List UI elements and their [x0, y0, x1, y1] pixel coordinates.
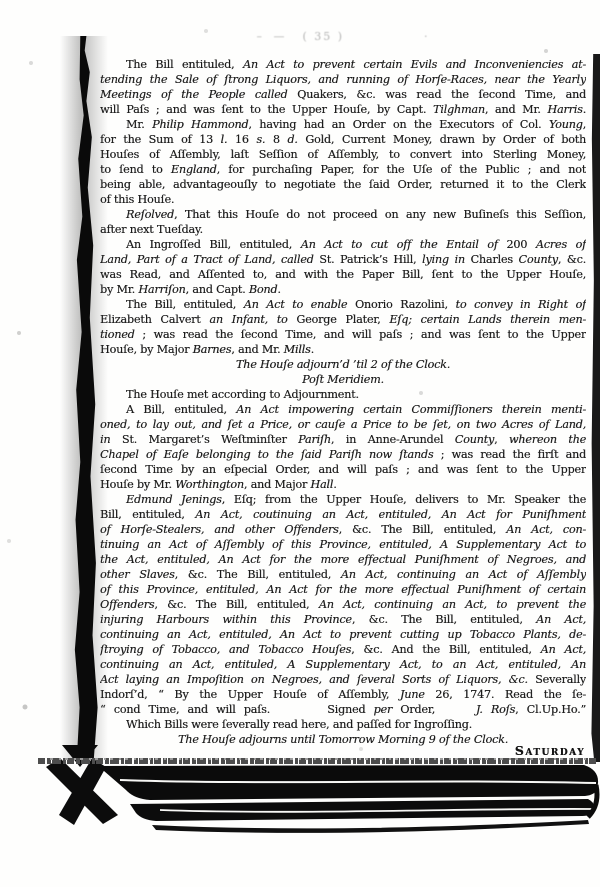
page-header-mark: – —( 35 )·: [100, 30, 586, 43]
text-line: Which Bills were ſeverally read here, an…: [100, 717, 586, 732]
text-line: ſecond Time by an eſpecial Order, and wi…: [100, 462, 586, 477]
text-line: Edmund Jenings, Eſq; from the Upper Houſ…: [100, 492, 586, 507]
page-number-mark: ( 35 ): [302, 30, 344, 43]
header-dot: ·: [424, 30, 430, 43]
text-line: will Paſs ; and was ſent to the Upper Ho…: [100, 102, 586, 117]
text-line: was Read, and Aſſented to, and with the …: [100, 267, 586, 282]
text-line: Poſt Meridiem.: [100, 372, 586, 387]
text-line: injuring Harbours within this Province, …: [100, 612, 586, 627]
text-line: Reſolved, That this Houſe do not proceed…: [100, 207, 586, 222]
text-line: An Ingroſſed Bill, entituled, An Act to …: [100, 237, 586, 252]
text-line: in St. Margaret’s Weſtminſter Pariſh, in…: [100, 432, 586, 447]
text-line: continuing an Act, entituled, An Act to …: [100, 627, 586, 642]
page-text: The Bill entituled, An Act to prevent ce…: [100, 57, 586, 747]
text-line: tinuing an Act of Aſſembly of this Provi…: [100, 537, 586, 552]
text-line: to ſend to England, for purchaſing Paper…: [100, 162, 586, 177]
text-line: other Slaves, &c. The Bill, entituled, A…: [100, 567, 586, 582]
book-edge-graphic: [0, 745, 600, 855]
text-line: A Bill, entituled, An Act impowering cer…: [100, 402, 586, 417]
text-line: of Horſe-Stealers, and other Offenders, …: [100, 522, 586, 537]
text-line: Land, Part of a Tract of Land, called St…: [100, 252, 586, 267]
text-line: tending the Sale of ſtrong Liquors, and …: [100, 72, 586, 87]
text-line: Houſes of Aſſembly, laſt Seſſion of Aſſe…: [100, 147, 586, 162]
text-line: by Mr. Harriſon, and Capt. Bond.: [100, 282, 586, 297]
text-line: The Houſe adjourn’d ’til 2 of the Clock.: [100, 357, 586, 372]
text-line: Act laying an Impoſition on Negroes, and…: [100, 672, 586, 687]
text-line: Elizabeth Calvert an Infant, to George P…: [100, 312, 586, 327]
text-line: after next Tueſday.: [100, 222, 586, 237]
text-line: continuing an Act, entituled, A Suppleme…: [100, 657, 586, 672]
text-line: of this Province, entituled, An Act for …: [100, 582, 586, 597]
text-line: Chapel of Eaſe belonging to the ſaid Par…: [100, 447, 586, 462]
text-line: for the Sum of 13 l. 16 s. 8 d. Gold, Cu…: [100, 132, 586, 147]
text-line: Mr. Philip Hammond, having had an Order …: [100, 117, 586, 132]
text-line: Bill, entituled, An Act, coutinuing an A…: [100, 507, 586, 522]
scanned-page: – —( 35 )· The Bill entituled, An Act to…: [0, 0, 600, 887]
text-line: oned, to lay out, and ſet a Price, or ca…: [100, 417, 586, 432]
text-line: Houſe, by Major Barnes, and Mr. Mills.: [100, 342, 586, 357]
text-line: Houſe by Mr. Worthington, and Major Hall…: [100, 477, 586, 492]
text-line: Indorſ’d, “ By the Upper Houſe of Aſſemb…: [100, 687, 586, 702]
ink-speckles: [0, 0, 2, 2]
text-line: being able, advantageouſly to negotiate …: [100, 177, 586, 192]
text-line: the Act, entituled, An Act for the more …: [100, 552, 586, 567]
page-edge-right: [589, 54, 600, 762]
text-line: The Bill, entituled, An Act to enable On…: [100, 297, 586, 312]
text-line: Meetings of the People called Quakers, &…: [100, 87, 586, 102]
text-line: tioned ; was read the ſecond Time, and w…: [100, 327, 586, 342]
text-line: ſtroying of Tobacco, and Tobacco Houſes,…: [100, 642, 586, 657]
text-line: Offenders, &c. The Bill, entituled, An A…: [100, 597, 586, 612]
text-line: The Bill entituled, An Act to prevent ce…: [100, 57, 586, 72]
header-dashes: – —: [256, 30, 288, 43]
text-line: of this Houſe.: [100, 192, 586, 207]
text-line: “ cond Time, and will paſs. Signed per O…: [100, 702, 586, 717]
text-line: The Houſe met according to Adjournment.: [100, 387, 586, 402]
